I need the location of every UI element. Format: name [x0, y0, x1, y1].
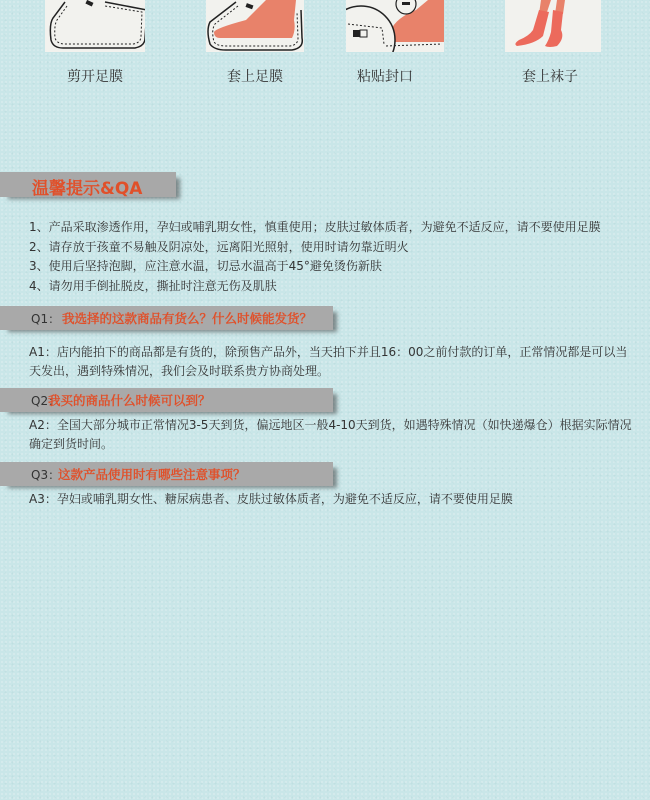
seal-foot-mask-icon: [346, 0, 444, 52]
wear-foot-mask-icon: [206, 0, 304, 52]
step-label: 剪开足膜: [40, 66, 150, 86]
section-title: 温馨提示&QA: [32, 174, 142, 199]
question-text: 我买的商品什么时候可以到？: [48, 391, 211, 409]
tip-item: 4、请勿用手倒扯脱皮，撕扯时注意无伤及肌肤: [29, 277, 601, 297]
step-label: 粘贴封口: [330, 66, 440, 86]
question-label: Q3：: [31, 466, 60, 483]
step-label: 套上袜子: [495, 66, 605, 86]
answer-2: A2：全国大部分城市正常情况3-5天到货，偏远地区一般4-10天到货，如遇特殊情…: [29, 416, 639, 454]
tips-list: 1、产品采取渗透作用，孕妇或哺乳期女性，慎重使用；皮肤过敏体质者，为避免不适反应…: [29, 218, 601, 296]
question-text: 我选择的这款商品有货么？什么时候能发货？: [62, 309, 312, 327]
question-bar-1: Q1： 我选择的这款商品有货么？什么时候能发货？: [0, 306, 333, 330]
tip-item: 1、产品采取渗透作用，孕妇或哺乳期女性，慎重使用；皮肤过敏体质者，为避免不适反应…: [29, 218, 601, 238]
question-label: Q1：: [31, 310, 60, 327]
usage-steps: 剪开足膜 套上足膜 粘贴封口: [0, 0, 650, 100]
question-bar-3: Q3： 这款产品使用时有哪些注意事项？: [0, 462, 333, 486]
answer-1: A1：店内能拍下的商品都是有货的，除预售产品外，当天拍下并且16：00之前付款的…: [29, 343, 639, 381]
question-bar-2: Q2： 我买的商品什么时候可以到？: [0, 388, 333, 412]
section-title-bar: 温馨提示&QA: [0, 172, 176, 197]
cut-foot-mask-icon: [45, 0, 145, 52]
question-text: 这款产品使用时有哪些注意事项？: [58, 465, 246, 483]
answer-3: A3：孕妇或哺乳期女性、糖尿病患者、皮肤过敏体质者，为避免不适反应，请不要使用足…: [29, 490, 639, 509]
tip-item: 3、使用后坚持泡脚，应注意水温，切忌水温高于45°避免烫伤新肤: [29, 257, 601, 277]
tip-item: 2、请存放于孩童不易触及阴凉处，远离阳光照射，使用时请勿靠近明火: [29, 238, 601, 258]
wear-socks-icon: [505, 0, 601, 52]
step-label: 套上足膜: [200, 66, 310, 86]
